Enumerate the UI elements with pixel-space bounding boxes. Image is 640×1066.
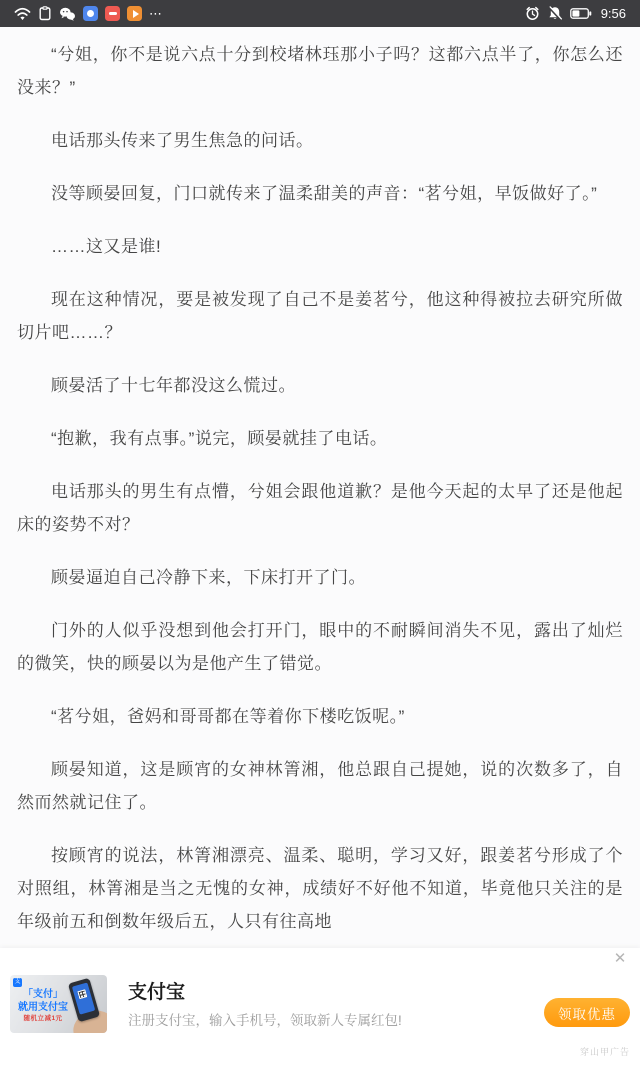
status-bar-right: 9:56	[525, 6, 626, 21]
paw-app-icon	[83, 6, 98, 21]
novel-paragraph: “抱歉，我有点事。”说完，顾晏就挂了电话。	[17, 422, 623, 455]
wechat-icon	[59, 7, 76, 21]
alipay-logo-icon: 支	[13, 978, 22, 987]
mute-bell-icon	[547, 6, 563, 21]
red-app-icon	[105, 6, 120, 21]
novel-paragraph: 电话那头的男生有点懵，兮姐会跟他道歉？是他今天起的太早了还是他起床的姿势不对？	[17, 475, 623, 541]
phone-graphic	[68, 978, 100, 1023]
novel-paragraph: “兮姐，你不是说六点十分到校堵林珏那小子吗？这都六点半了，你怎么还没来？”	[17, 38, 623, 104]
novel-paragraph: 现在这种情况，要是被发现了自己不是姜茗兮，他这种得被拉去研究所做切片吧……？	[17, 283, 623, 349]
qr-code-icon	[77, 989, 87, 999]
clock-time: 9:56	[601, 6, 626, 21]
status-bar-left: ⋯	[14, 6, 163, 21]
clipboard-icon	[38, 6, 52, 21]
ad-image[interactable]: 支 「支付」 就用支付宝 随机立减1元	[10, 975, 107, 1033]
novel-paragraph: 顾晏知道，这是顾宵的女神林箐湘，他总跟自己提她，说的次数多了，自然而然就记住了。	[17, 753, 623, 819]
novel-paragraph: “茗兮姐，爸妈和哥哥都在等着你下楼吃饭呢。”	[17, 700, 623, 733]
alarm-icon	[525, 6, 540, 21]
novel-paragraph: 顾晏活了十七年都没这么慌过。	[17, 369, 623, 402]
novel-paragraph: 门外的人似乎没想到他会打开门，眼中的不耐瞬间消失不见，露出了灿烂的微笑，快的顾晏…	[17, 614, 623, 680]
novel-reader-page[interactable]: “兮姐，你不是说六点十分到校堵林珏那小子吗？这都六点半了，你怎么还没来？” 电话…	[0, 27, 640, 1066]
wifi-icon	[14, 7, 31, 21]
novel-paragraph: ……这又是谁!	[17, 230, 623, 263]
claim-offer-button[interactable]: 领取优惠	[544, 998, 630, 1027]
video-app-icon	[127, 6, 142, 21]
ad-content-row: 支 「支付」 就用支付宝 随机立减1元 支付宝 注册支付宝，输入手机号，领取新人…	[10, 975, 630, 1033]
novel-paragraph: 按顾宵的说法，林箐湘漂亮、温柔、聪明，学习又好，跟姜茗兮形成了个对照组，林箐湘是…	[17, 839, 623, 938]
ad-text-block: 支付宝 注册支付宝，输入手机号，领取新人专属红包!	[128, 975, 544, 1029]
battery-icon	[570, 8, 592, 19]
ad-source-label: 穿山甲广告	[580, 1045, 630, 1058]
novel-paragraph: 没等顾晏回复，门口就传来了温柔甜美的声音：“茗兮姐，早饭做好了。”	[17, 177, 623, 210]
novel-paragraph: 电话那头传来了男生焦急的问话。	[17, 124, 623, 157]
reading-app-screen: ⋯ 9:56 “兮姐，你不是说六点十分到校堵林珏那小子吗？这都六点	[0, 0, 640, 1066]
ad-banner[interactable]: ✕ 支 「支付」 就用支付宝 随机立减1元 支付宝 注册支付宝，输入手机号，领取	[0, 948, 640, 1066]
ad-title: 支付宝	[128, 982, 544, 1004]
ad-description: 注册支付宝，输入手机号，领取新人专属红包!	[128, 1013, 544, 1029]
more-notifications-icon: ⋯	[149, 7, 163, 20]
status-bar: ⋯ 9:56	[0, 0, 640, 27]
ad-image-slogan: 「支付」 就用支付宝 随机立减1元	[15, 989, 71, 1024]
close-icon[interactable]: ✕	[610, 949, 630, 969]
novel-paragraph: 顾晏逼迫自己冷静下来，下床打开了门。	[17, 561, 623, 594]
